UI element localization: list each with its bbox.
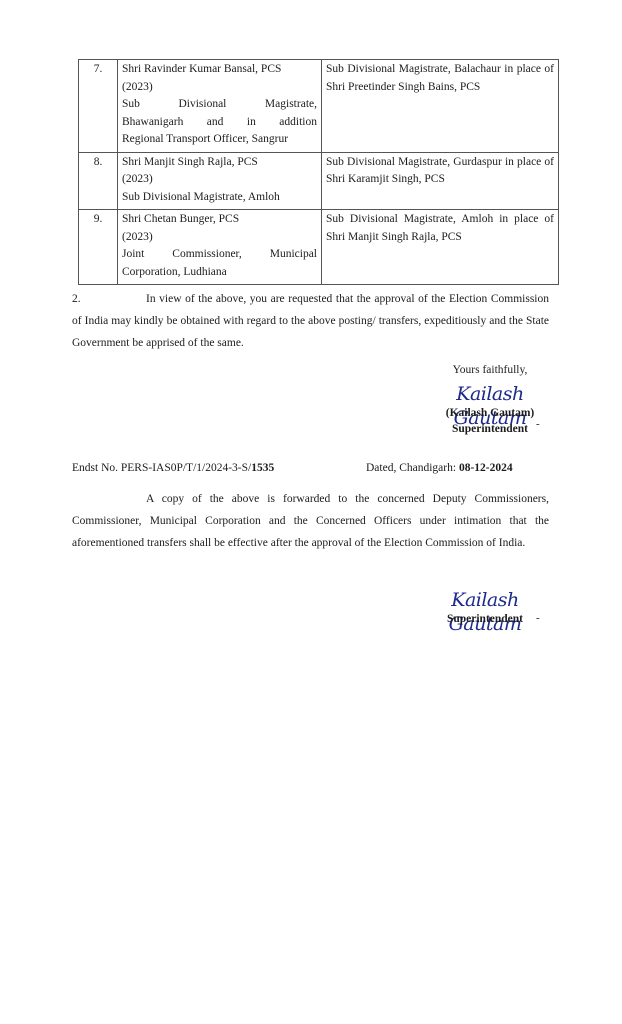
table-row: 9. Shri Chetan Bunger, PCS (2023) Joint … xyxy=(79,210,559,285)
officer-cell: Shri Ravinder Kumar Bansal, PCS (2023) S… xyxy=(118,60,322,153)
table-row: 7. Shri Ravinder Kumar Bansal, PCS (2023… xyxy=(79,60,559,153)
serial-number: 7. xyxy=(79,60,118,153)
new-posting: Sub Divisional Magistrate, Amloh in plac… xyxy=(322,210,559,285)
officer-batch: (2023) xyxy=(122,229,317,247)
current-posting-line: Regional Transport Officer, Sangrur xyxy=(122,131,317,149)
table-row: 8. Shri Manjit Singh Rajla, PCS (2023) S… xyxy=(79,152,559,210)
paragraph-2: 2.In view of the above, you are requeste… xyxy=(72,288,549,354)
officer-name: Shri Ravinder Kumar Bansal, PCS xyxy=(122,61,317,79)
officer-batch: (2023) xyxy=(122,79,317,97)
signatory-designation: Superintendent xyxy=(420,612,550,627)
current-posting-line: Bhawanigarh and in addition xyxy=(122,114,317,132)
new-posting: Sub Divisional Magistrate, Balachaur in … xyxy=(322,60,559,153)
paragraph-number: 2. xyxy=(72,288,146,310)
dash-mark: - xyxy=(536,612,540,624)
officer-name: Shri Chetan Bunger, PCS xyxy=(122,211,317,229)
serial-number: 9. xyxy=(79,210,118,285)
new-posting: Sub Divisional Magistrate, Gurdaspur in … xyxy=(322,152,559,210)
dated-line: Dated, Chandigarh: 08-12-2024 xyxy=(366,462,513,474)
endorsement-number-prefix: Endst No. PERS-IAS0P/T/1/2024-3-S/ xyxy=(72,462,251,474)
dated-prefix: Dated, Chandigarh: xyxy=(366,462,459,474)
signature-icon: Kailash Gautam xyxy=(425,382,555,406)
current-posting-line: Sub Divisional Magistrate, xyxy=(122,96,317,114)
endorsement-paragraph: A copy of the above is forwarded to the … xyxy=(72,488,549,554)
serial-number: 8. xyxy=(79,152,118,210)
officer-batch: (2023) xyxy=(122,171,317,189)
officer-cell: Shri Manjit Singh Rajla, PCS (2023) Sub … xyxy=(118,152,322,210)
closing-text: Yours faithfully, xyxy=(425,364,555,376)
current-posting-line: Sub Divisional Magistrate, Amloh xyxy=(122,189,317,207)
endorsement-number: 1535 xyxy=(251,462,274,474)
date-value: 08-12-2024 xyxy=(459,462,513,474)
postings-table: 7. Shri Ravinder Kumar Bansal, PCS (2023… xyxy=(78,59,559,285)
endorsement-line: Endst No. PERS-IAS0P/T/1/2024-3-S/1535 D… xyxy=(72,462,549,474)
current-posting-line: Corporation, Ludhiana xyxy=(122,264,317,282)
officer-cell: Shri Chetan Bunger, PCS (2023) Joint Com… xyxy=(118,210,322,285)
officer-name: Shri Manjit Singh Rajla, PCS xyxy=(122,154,317,172)
dash-mark: - xyxy=(536,418,540,430)
signoff-block-2: Kailash Gautam Superintendent xyxy=(420,588,550,627)
document-page: 7. Shri Ravinder Kumar Bansal, PCS (2023… xyxy=(0,0,622,1024)
signature-icon: Kailash Gautam xyxy=(420,588,550,612)
current-posting-line: Joint Commissioner, Municipal xyxy=(122,246,317,264)
